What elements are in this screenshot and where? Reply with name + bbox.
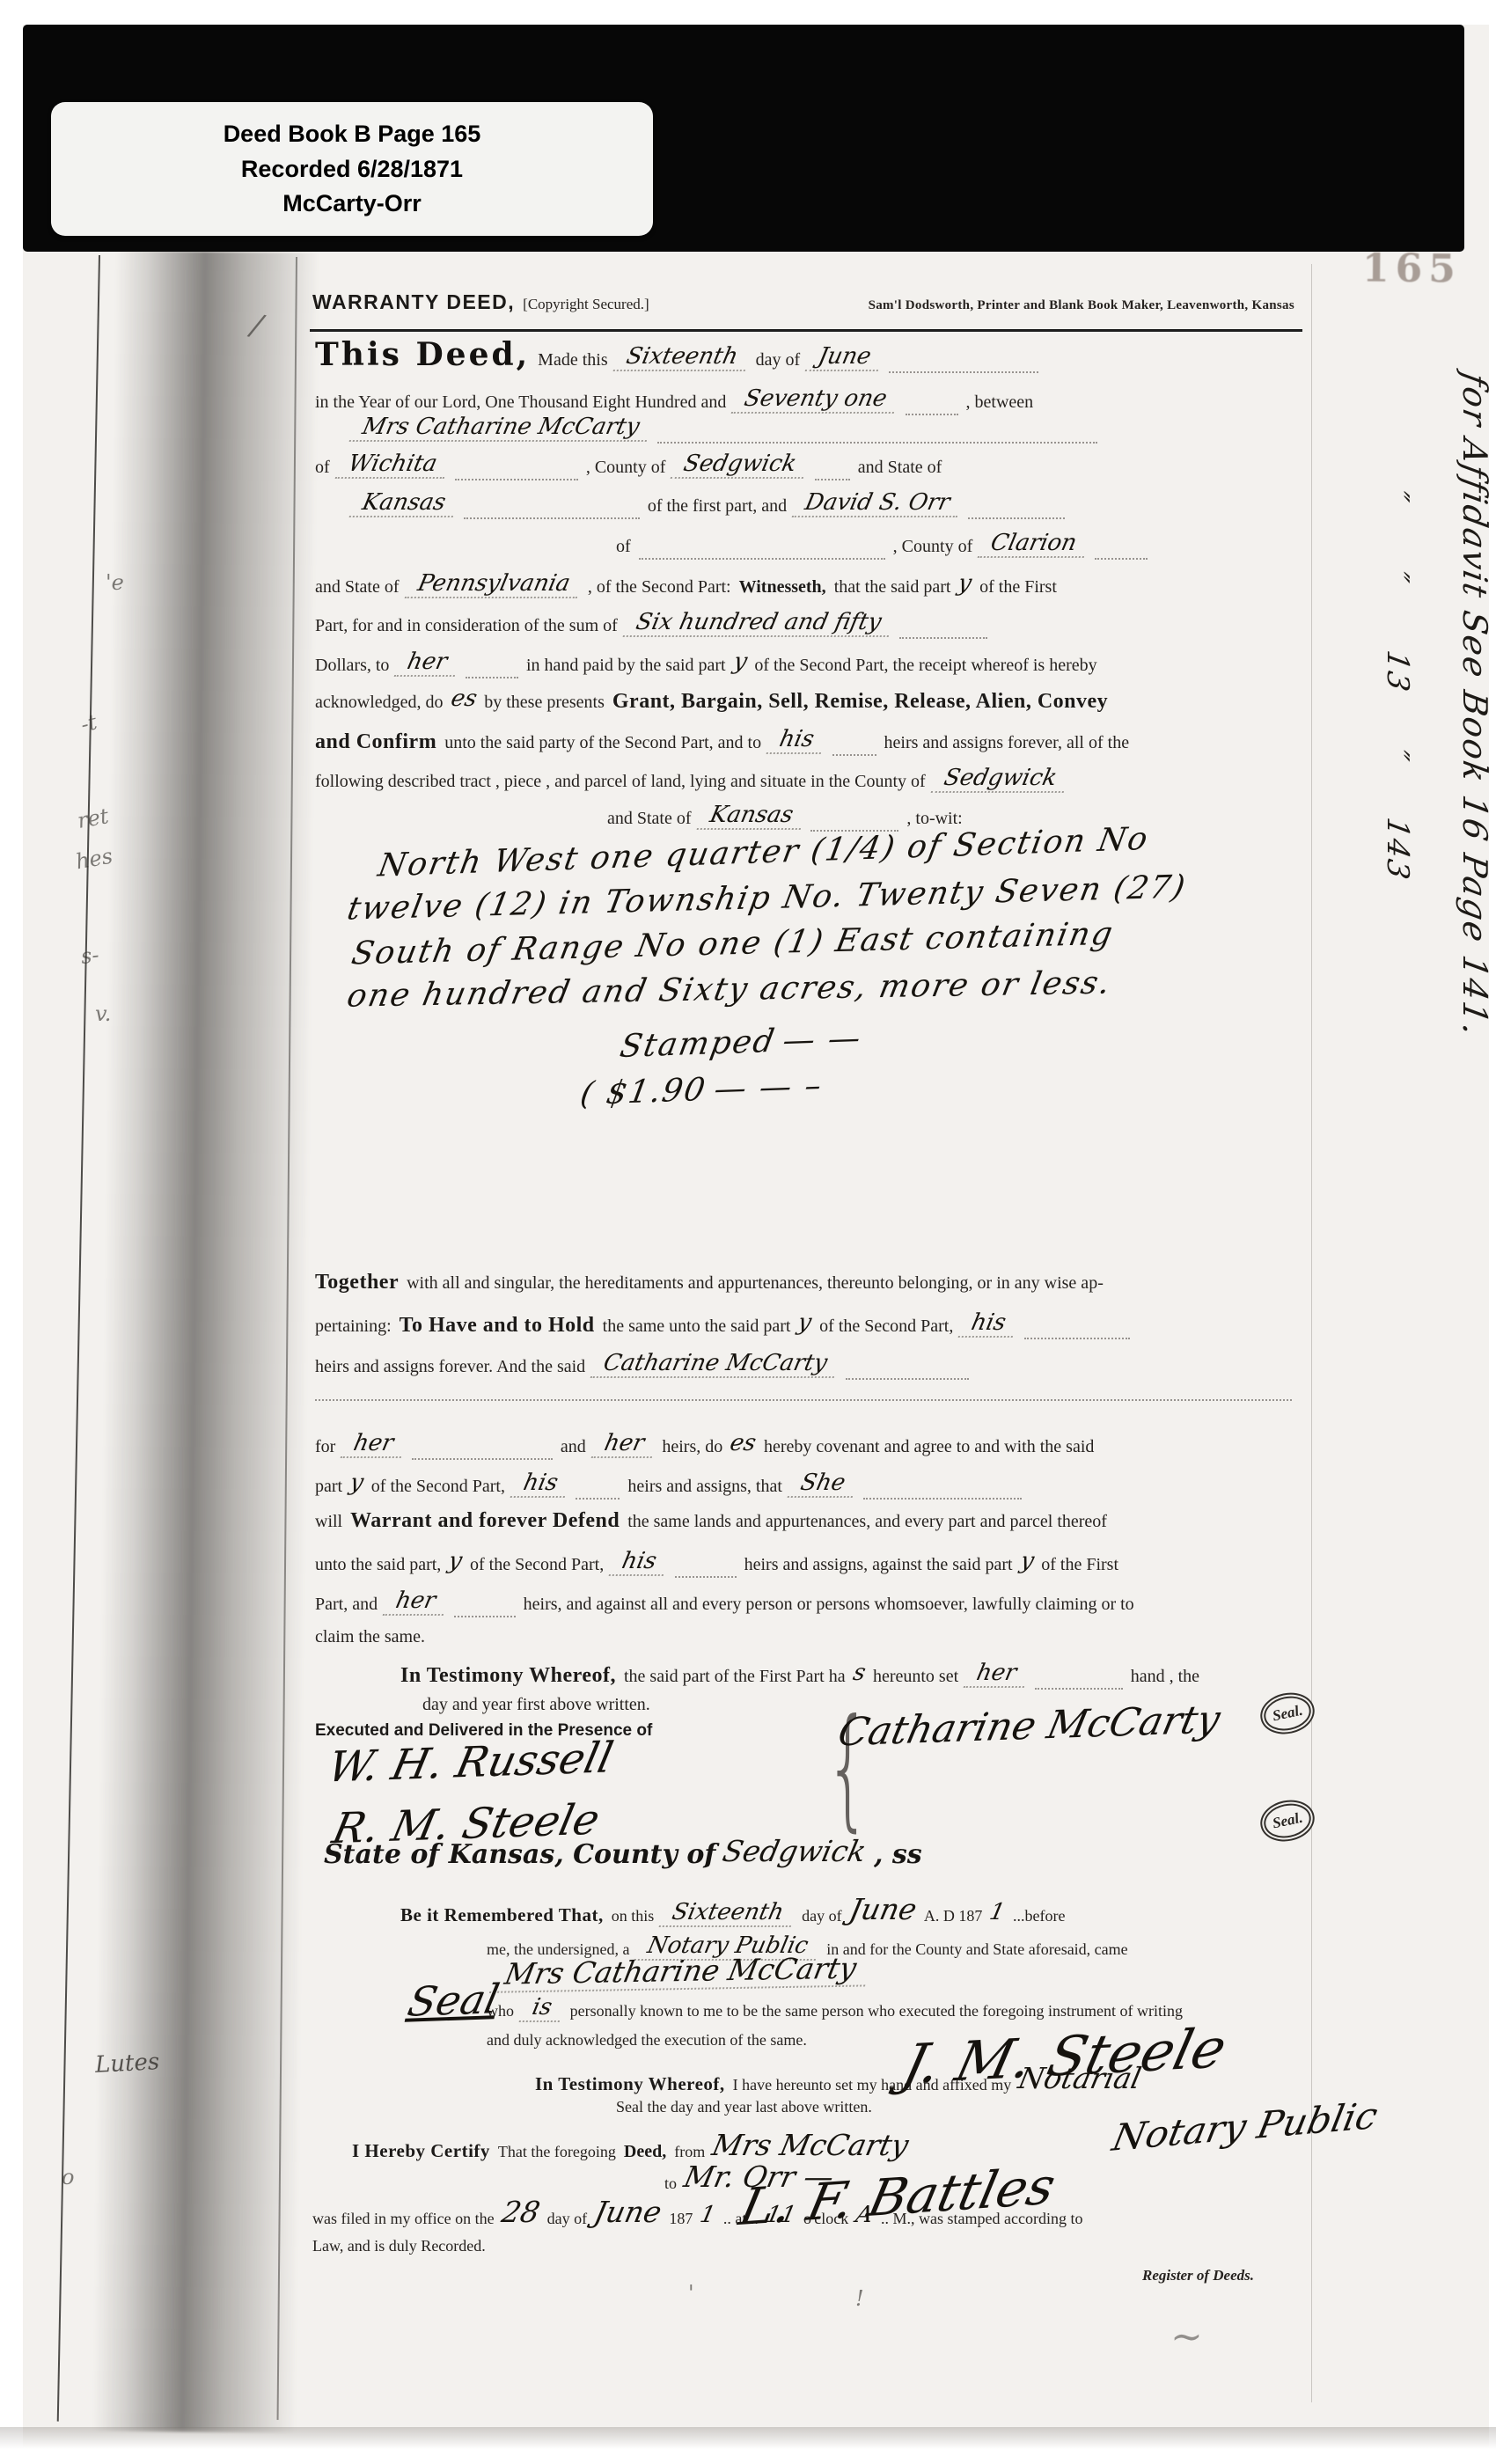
printed-text: with all and singular, the hereditaments… xyxy=(407,1273,1104,1294)
printed-text: of the Second Part, xyxy=(470,1555,604,1575)
handwritten-text: es xyxy=(728,1430,759,1456)
form-line: heirs and assigns forever. And the saidC… xyxy=(315,1352,977,1380)
form-line: claim the same. xyxy=(315,1627,433,1647)
handwritten-fill-in-text: Sedgwick xyxy=(930,765,1069,793)
printed-text: , County of xyxy=(586,458,666,478)
stray-mark: ' xyxy=(688,2281,694,2306)
printed-text: of the first part, and xyxy=(648,496,787,517)
printed-text: Part, for and in consideration of the su… xyxy=(315,616,618,636)
handwritten-fill-in-text: his xyxy=(510,1470,571,1498)
margin-scribble: s- xyxy=(80,942,100,969)
printed-text: heirs and assigns, against the said part xyxy=(744,1555,1013,1575)
form-line: Law, and is duly Recorded. xyxy=(312,2237,494,2255)
printed-text: hereby covenant and agree to and with th… xyxy=(764,1437,1094,1457)
handwritten-fill-in-text: Six hundred and fifty xyxy=(622,609,894,637)
handwritten-fill-in-text: her xyxy=(590,1430,656,1458)
printed-display-text: To Have and to Hold xyxy=(400,1314,595,1338)
printed-text: 187 xyxy=(669,2210,693,2228)
printed-text: and State of xyxy=(858,458,942,478)
page-edge-bottom xyxy=(0,2427,1496,2464)
form-line: Part, andherheirs, and against all and e… xyxy=(315,1589,1142,1617)
printed-fancy-text: , ss xyxy=(874,1839,922,1870)
form-line: Part, for and in consideration of the su… xyxy=(315,611,995,639)
printed-display-text: I Hereby Certify xyxy=(352,2140,490,2162)
handwritten-text: y xyxy=(1017,1548,1036,1574)
handwritten-fill-in-text: his xyxy=(766,726,827,754)
printed-text: by these presents xyxy=(484,693,605,713)
margin-scribble: v. xyxy=(95,1001,111,1026)
handwritten-fill-in-text: her xyxy=(341,1430,407,1458)
printed-bold-text: Deed, xyxy=(624,2142,666,2162)
printed-text: hereunto set xyxy=(873,1667,958,1687)
printed-text: the same lands and appurtenances, and ev… xyxy=(627,1512,1107,1532)
printed-text: of the Second Part, the receipt whereof … xyxy=(754,656,1096,676)
printed-display-text: and Confirm xyxy=(315,730,436,754)
handwritten-fill-in-text: Sedgwick xyxy=(671,451,810,479)
printed-text: from xyxy=(674,2143,705,2161)
dotted-blank xyxy=(1035,1683,1123,1690)
dotted-blank xyxy=(455,473,578,480)
grantor-signature: Catharine McCarty xyxy=(834,1698,1224,1756)
dotted-blank xyxy=(454,1610,516,1617)
form-line: following described tract , piece , and … xyxy=(315,766,1074,795)
printed-text: part xyxy=(315,1477,342,1497)
printed-text: Made this xyxy=(538,350,607,370)
printed-text: the same unto the said part xyxy=(603,1316,791,1337)
dotted-blank xyxy=(846,1373,969,1380)
printed-text: pertaining: xyxy=(315,1316,392,1337)
dotted-blank xyxy=(863,1492,1022,1500)
form-line: Kansasof the first part, andDavid S. Orr xyxy=(352,491,1073,519)
form-line: acknowledged, doesby these presentsGrant… xyxy=(315,687,1116,714)
margin-note-ditto: ″ ″ 13 ″ 143 xyxy=(1380,487,1415,884)
form-line: ofWichita, County ofSedgwickand State of xyxy=(315,452,950,480)
printed-text: unto the said party of the Second Part, … xyxy=(444,733,761,753)
page-edge-left xyxy=(0,0,23,2464)
dotted-blank xyxy=(1095,553,1148,560)
index-label: Deed Book B Page 165 Recorded 6/28/1871 … xyxy=(51,102,653,236)
form-line: day and year first above written. xyxy=(422,1695,658,1715)
printed-display-text: In Testimony Whereof, xyxy=(535,2073,725,2095)
notary-seal-handwritten: Seal xyxy=(404,1975,503,2025)
printed-text: Part, and xyxy=(315,1595,378,1615)
dotted-blank xyxy=(315,1394,1292,1401)
printed-bold-italic-text: Register of Deeds. xyxy=(1142,2267,1254,2284)
land-description-line: South of Range No one (1) East containin… xyxy=(352,918,1122,974)
header-rule xyxy=(310,329,1302,332)
printed-text: , between xyxy=(966,392,1034,413)
printed-text: in the Year of our Lord, One Thousand Ei… xyxy=(315,392,726,413)
printed-heading-text: WARRANTY DEED, xyxy=(312,290,515,314)
printed-text: Dollars, to xyxy=(315,656,389,676)
printed-text: of the Second Part, xyxy=(371,1477,505,1497)
index-label-line2: Recorded 6/28/1871 xyxy=(241,153,463,185)
margin-scribble: 'e xyxy=(106,570,124,595)
form-line: and Confirmunto the said party of the Se… xyxy=(315,728,1137,756)
handwritten-fill-in-text: Seventy one xyxy=(731,385,900,414)
dotted-blank xyxy=(412,1453,553,1460)
printed-text: personally known to me to be the same pe… xyxy=(570,2002,1183,2020)
printed-text: on this xyxy=(612,1907,655,1925)
handwritten-land-text: one hundred and Sixty acres, more or les… xyxy=(344,964,1115,1014)
printed-text: That the foregoing xyxy=(498,2143,616,2161)
handwritten-text: 1 xyxy=(987,1899,1008,1925)
printed-text: in hand paid by the said part xyxy=(526,656,726,676)
gutter-line-left xyxy=(57,255,100,2422)
index-label-line1: Deed Book B Page 165 xyxy=(224,118,481,150)
redaction-banner: Deed Book B Page 165 Recorded 6/28/1871 … xyxy=(23,25,1464,252)
handwritten-fill-in-text: Catharine McCarty xyxy=(590,1350,840,1378)
form-line: and State ofKansas, to-wit: xyxy=(607,803,971,832)
printed-text: day and year first above written. xyxy=(422,1695,650,1715)
page-fold-line xyxy=(1311,264,1312,2402)
witness-signature-russell: W. H. Russell xyxy=(324,1733,618,1792)
printed-text: heirs, do xyxy=(662,1437,722,1457)
handwritten-fill-in-text: Wichita xyxy=(334,451,450,479)
handwritten-text: s xyxy=(850,1660,868,1686)
printed-text: , of the Second Part: xyxy=(588,577,731,598)
handwritten-large-text: June xyxy=(847,1892,920,1926)
printed-small-text: [Copyright Secured.] xyxy=(523,296,649,313)
form-line: of, County ofClarion xyxy=(616,532,1155,560)
printed-fancy-text: State of Kansas, County of xyxy=(324,1839,715,1870)
form-line: State of Kansas, County ofSedgwick, ss xyxy=(324,1836,930,1870)
handwritten-text: y xyxy=(348,1470,366,1496)
margin-note-affidavit: for Affidavit See Book 16 Page 141. xyxy=(1456,370,1494,1040)
handwritten-fill-in-text: Kansas xyxy=(349,489,459,517)
printed-display-text: Be it Remembered That, xyxy=(400,1904,604,1926)
printed-text: and State of xyxy=(315,577,400,598)
dotted-blank xyxy=(815,473,850,480)
printed-display-text: Warrant and forever Defend xyxy=(350,1509,620,1533)
printed-text: will xyxy=(315,1512,342,1532)
printed-text: heirs and assigns, that xyxy=(627,1477,782,1497)
form-line: and duly acknowledged the execution of t… xyxy=(487,2031,815,2050)
margin-scribble: ret xyxy=(76,803,111,833)
form-line: In Testimony Whereof,the said part of th… xyxy=(400,1661,1207,1690)
printed-text: day of xyxy=(756,350,801,370)
printed-display-text: Together xyxy=(315,1271,399,1294)
handwritten-land-text: — — – xyxy=(711,1067,825,1108)
printed-display-text: In Testimony Whereof, xyxy=(400,1664,616,1688)
index-label-line3: McCarty-Orr xyxy=(282,187,422,219)
handwritten-fill-in-text: She xyxy=(788,1470,859,1498)
handwritten-fill-in-text: Clarion xyxy=(978,530,1090,558)
seal-badge-2: Seal. xyxy=(1261,1800,1315,1842)
dotted-blank xyxy=(464,512,640,519)
dotted-blank xyxy=(639,553,885,560)
page-number-stamp: 165 xyxy=(1362,246,1462,292)
printed-text: for xyxy=(315,1437,335,1457)
handwritten-fill-in-text: Kansas xyxy=(696,802,806,830)
handwritten-fill-in-text: is xyxy=(519,1994,565,2022)
form-line: Be it Remembered That,on thisSixteenthda… xyxy=(400,1894,1073,1929)
form-line: partyof the Second Part,hisheirs and ass… xyxy=(315,1471,1030,1500)
printed-text: the said part of the First Part ha xyxy=(624,1667,846,1687)
form-line: Mrs Catharine McCarty xyxy=(352,415,1105,444)
handwritten-land-text: Stamped xyxy=(617,1023,778,1065)
handwritten-fill-in-text: his xyxy=(958,1309,1019,1338)
handwritten-text: y xyxy=(956,570,974,597)
form-line: Dollars, toherin hand paid by the said p… xyxy=(315,650,1105,678)
form-line: unto the said part,yof the Second Part,h… xyxy=(315,1550,1126,1578)
handwritten-large-text: 28 xyxy=(498,2195,542,2229)
printed-text: heirs, and against all and every person … xyxy=(524,1595,1134,1615)
handwritten-fill-in-text: her xyxy=(964,1660,1030,1688)
handwritten-text: es xyxy=(448,686,479,712)
printed-text: to xyxy=(664,2174,677,2193)
dotted-blank xyxy=(832,749,876,756)
stamped-note-line: Stamped— — xyxy=(620,1022,870,1067)
dotted-blank xyxy=(1024,1332,1130,1339)
handwritten-fill-in-text: her xyxy=(383,1588,449,1616)
handwritten-land-text: — — xyxy=(780,1020,865,1059)
handwritten-land-text: ( $1.90 xyxy=(577,1072,709,1112)
printed-text: heirs and assigns forever. And the said xyxy=(315,1357,585,1377)
land-description-line: one hundred and Sixty acres, more or les… xyxy=(348,966,1119,1016)
printed-text: following described tract , piece , and … xyxy=(315,772,926,792)
dotted-blank xyxy=(906,408,958,415)
handwritten-fill-in-text: her xyxy=(394,649,460,677)
margin-scribble: o xyxy=(62,2165,74,2189)
form-line: whoispersonally known to me to be the sa… xyxy=(487,1996,1191,2024)
printed-text: hand , the xyxy=(1131,1667,1199,1687)
form-line: Seal the day and year last above written… xyxy=(616,2098,880,2116)
handwritten-fill-in-text: Mrs Catharine McCarty xyxy=(349,414,653,442)
printed-text: of xyxy=(616,537,631,557)
printed-text: day of xyxy=(547,2210,587,2228)
stray-mark: ~ xyxy=(1170,2314,1203,2359)
margin-scribble: Lutes xyxy=(94,2049,160,2079)
handwritten-fill-in-text: June xyxy=(805,343,884,371)
dotted-blank xyxy=(968,512,1065,519)
handwritten-fill-in-text: his xyxy=(609,1548,670,1576)
handwritten-text: y xyxy=(446,1548,465,1574)
page-edge-right xyxy=(1489,0,1496,2464)
printed-text: and State of xyxy=(607,809,692,829)
stray-mark: ! xyxy=(855,2286,864,2311)
deed-page-scan: Deed Book B Page 165 Recorded 6/28/1871 … xyxy=(0,0,1496,2464)
form-line: Togetherwith all and singular, the hered… xyxy=(315,1271,1111,1294)
handwritten-large-text: Mrs McCarty xyxy=(709,2128,912,2162)
dotted-blank xyxy=(889,366,1038,373)
printed-display-text: Grant, Bargain, Sell, Remise, Release, A… xyxy=(612,690,1108,714)
handwritten-large-fill-in-text: Mrs Catharine McCarty xyxy=(489,1950,872,1993)
handwritten-text: y xyxy=(730,649,749,675)
acknowledger-name-line: Mrs Catharine McCarty xyxy=(493,1952,876,1995)
printed-text: claim the same. xyxy=(315,1627,425,1647)
printed-text: unto the said part, xyxy=(315,1555,441,1575)
dotted-blank xyxy=(657,436,1097,444)
seal-badge-1: Seal. xyxy=(1261,1692,1315,1734)
printed-text: , County of xyxy=(893,537,973,557)
dotted-blank xyxy=(899,632,987,639)
printed-text: acknowledged, do xyxy=(315,693,444,713)
margin-scribble: -t xyxy=(78,709,99,737)
form-line: in the Year of our Lord, One Thousand Ei… xyxy=(315,387,1041,415)
printed-text: of xyxy=(315,458,330,478)
form-line xyxy=(315,1394,1300,1401)
printer-credit-text: Sam'l Dodsworth, Printer and Blank Book … xyxy=(869,298,1294,313)
printed-bold-text: Witnesseth, xyxy=(739,577,826,598)
printed-text: was filed in my office on the xyxy=(312,2210,495,2228)
printed-text: and xyxy=(561,1437,586,1457)
dotted-blank xyxy=(675,1571,737,1578)
deed-title-text: This Deed, xyxy=(315,336,530,373)
handwritten-fill-in-text: Pennsylvania xyxy=(404,570,583,598)
handwritten-text: 1 xyxy=(698,2202,718,2228)
printed-text: , to-wit: xyxy=(906,809,962,829)
form-line: This Deed,Made thisSixteenthday ofJune xyxy=(315,336,1046,373)
printed-text: and duly acknowledged the execution of t… xyxy=(487,2031,807,2050)
printed-text: Seal the day and year last above written… xyxy=(616,2098,872,2116)
form-line: willWarrant and forever Defendthe same l… xyxy=(315,1509,1115,1533)
form-line: and State ofPennsylvania, of the Second … xyxy=(315,572,1065,600)
page-edge-top xyxy=(0,0,1496,25)
printed-text: ...before xyxy=(1013,1907,1065,1925)
form-line: Register of Deeds. xyxy=(1142,2267,1262,2284)
notary-signature: J. M. Steele xyxy=(897,2016,1233,2097)
printed-text: day of xyxy=(802,1907,841,1925)
handwritten-large-text: Sedgwick xyxy=(720,1834,869,1868)
printed-text: heirs and assigns forever, all of the xyxy=(884,733,1130,753)
printed-text: of the First xyxy=(979,577,1057,598)
printed-text: A. D 187 xyxy=(924,1907,983,1925)
printed-text: of the Second Part, xyxy=(819,1316,953,1337)
handwritten-fill-in-text: David S. Orr xyxy=(792,489,964,517)
handwritten-large-text: June xyxy=(591,2195,665,2229)
printed-text: Law, and is duly Recorded. xyxy=(312,2237,486,2255)
dotted-blank xyxy=(466,671,518,678)
form-line: pertaining:To Have and to Holdthe same u… xyxy=(315,1311,1138,1339)
handwritten-fill-in-text: Sixteenth xyxy=(659,1899,797,1927)
handwritten-fill-in-text: Sixteenth xyxy=(612,343,751,371)
handwritten-text: y xyxy=(796,1309,814,1336)
dotted-blank xyxy=(576,1492,620,1500)
printed-text: that the said part xyxy=(834,577,951,598)
printed-text: of the First xyxy=(1041,1555,1118,1575)
form-header-line: WARRANTY DEED,[Copyright Secured.]Sam'l … xyxy=(312,290,1302,314)
form-line: forherandherheirs, doeshereby covenant a… xyxy=(315,1432,1102,1460)
stamp-amount-line: ( $1.90— — – xyxy=(580,1069,831,1114)
notary-title-handwritten: Notary Public xyxy=(1109,2094,1382,2159)
